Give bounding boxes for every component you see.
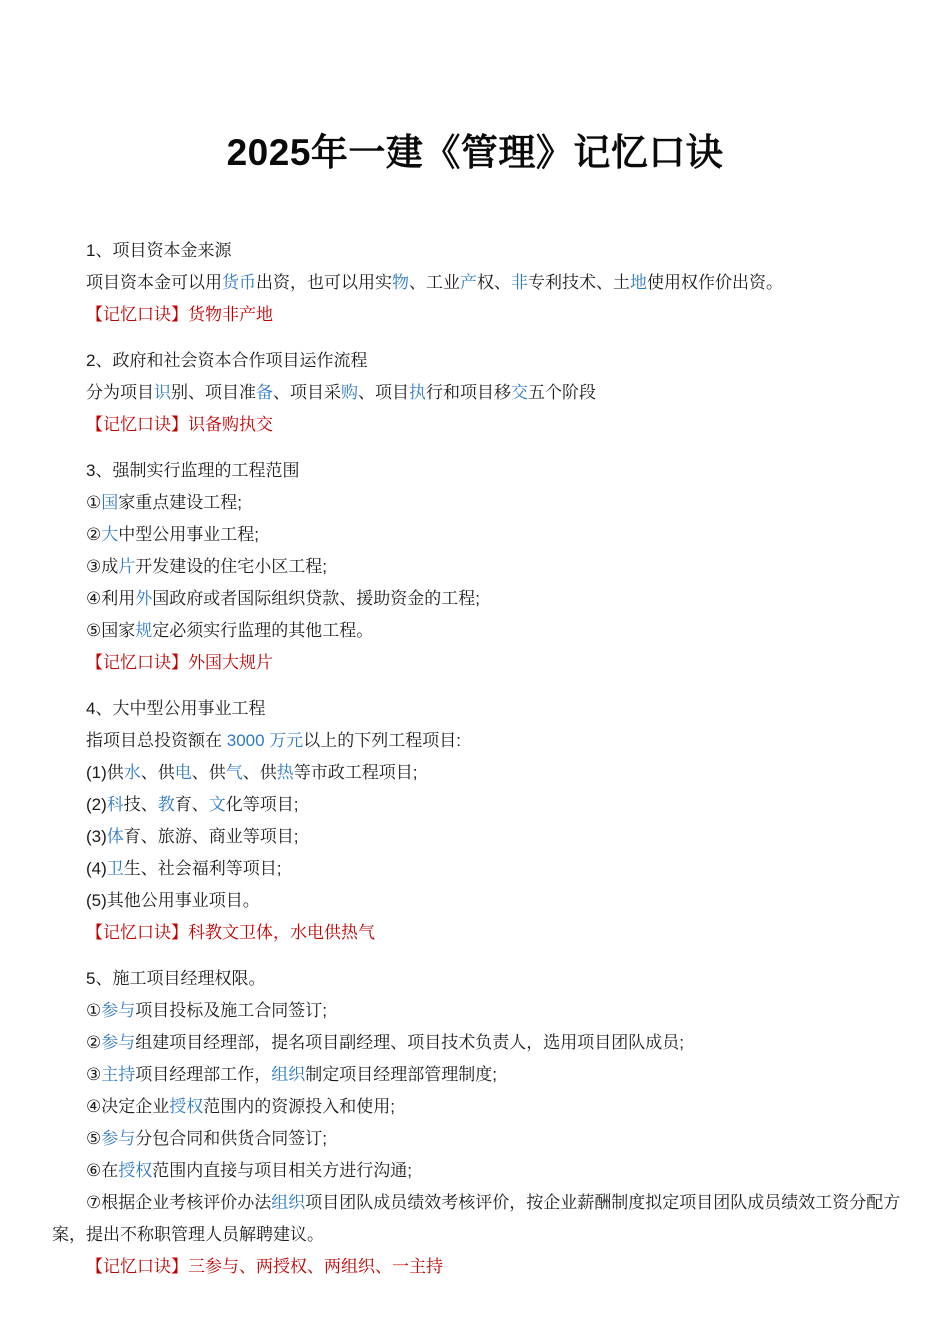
text-run: 生、社会福利等项目; <box>124 859 282 878</box>
text-run: 分为项目 <box>86 383 154 402</box>
highlight-run: 参与 <box>101 1033 135 1052</box>
body-paragraph: ④利用外国政府或者国际组织贷款、援助资金的工程; <box>52 583 907 615</box>
body-paragraph: 指项目总投资额在 3000 万元以上的下列工程项目: <box>52 725 907 757</box>
document-title: 2025年一建《管理》记忆口诀 <box>0 130 950 175</box>
text-run: 使用权作价出资。 <box>647 273 783 292</box>
highlight-run: 组织 <box>271 1193 305 1212</box>
body-paragraph: (3)体育、旅游、商业等项目; <box>52 821 907 853</box>
document-body: 1、项目资本金来源项目资本金可以用货币出资，也可以用实物、工业产权、非专利技术、… <box>52 235 907 1283</box>
text-run: 项目投标及施工合同签订; <box>135 1001 327 1020</box>
body-paragraph: 分为项目识别、项目准备、项目采购、项目执行和项目移交五个阶段 <box>52 377 907 409</box>
body-paragraph: 项目资本金可以用货币出资，也可以用实物、工业产权、非专利技术、土地使用权作价出资… <box>52 267 907 299</box>
highlight-run: 片 <box>118 557 135 576</box>
section: 5、施工项目经理权限。①参与项目投标及施工合同签订;②参与组建项目经理部，提名项… <box>52 963 907 1283</box>
text-run: 5、施工项目经理权限。 <box>86 969 265 988</box>
highlight-run: 3000 万元 <box>227 731 304 750</box>
highlight-run: 物 <box>392 273 409 292</box>
text-run: 定必须实行监理的其他工程。 <box>152 621 373 640</box>
section: 2、政府和社会资本合作项目运作流程分为项目识别、项目准备、项目采购、项目执行和项… <box>52 345 907 441</box>
highlight-run: 科 <box>107 795 124 814</box>
text-run: ③成 <box>86 557 118 576</box>
text-run: ⑦根据企业考核评价办法 <box>86 1193 271 1212</box>
highlight-run: 主持 <box>101 1065 135 1084</box>
highlight-run: 外 <box>135 589 152 608</box>
highlight-run: 参与 <box>101 1129 135 1148</box>
text-run: 家重点建设工程; <box>118 493 242 512</box>
text-run: ⑤国家 <box>86 621 135 640</box>
highlight-run: 备 <box>256 383 273 402</box>
text-run: (5)其他公用事业项目。 <box>86 891 260 910</box>
highlight-run: 国 <box>101 493 118 512</box>
text-run: ⑥在 <box>86 1161 118 1180</box>
text-run: 技、 <box>124 795 158 814</box>
section-heading: 3、强制实行监理的工程范围 <box>52 455 907 487</box>
document-page: 2025年一建《管理》记忆口诀 1、项目资本金来源项目资本金可以用货币出资，也可… <box>0 0 950 1344</box>
body-paragraph: ①参与项目投标及施工合同签订; <box>52 995 907 1027</box>
text-run: 【记忆口诀】货物非产地 <box>86 305 273 324</box>
text-run: 以上的下列工程项目: <box>303 731 461 750</box>
body-paragraph: ②参与组建项目经理部，提名项目副经理、项目技术负责人，选用项目团队成员; <box>52 1027 907 1059</box>
text-run: 、项目 <box>358 383 409 402</box>
highlight-run: 执 <box>409 383 426 402</box>
text-run: (1)供 <box>86 763 124 782</box>
highlight-run: 货币 <box>222 273 256 292</box>
text-run: (2) <box>86 795 107 814</box>
text-run: 别、项目准 <box>171 383 256 402</box>
mnemonic-line: 【记忆口诀】货物非产地 <box>52 299 907 331</box>
text-run: 育、旅游、商业等项目; <box>124 827 299 846</box>
text-run: 指项目总投资额在 <box>86 731 227 750</box>
text-run: 、供 <box>192 763 226 782</box>
highlight-run: 购 <box>341 383 358 402</box>
section: 3、强制实行监理的工程范围①国家重点建设工程;②大中型公用事业工程;③成片开发建… <box>52 455 907 679</box>
highlight-run: 地 <box>630 273 647 292</box>
text-run: ① <box>86 1001 101 1020</box>
text-run: 中型公用事业工程; <box>118 525 259 544</box>
text-run: 国政府或者国际组织贷款、援助资金的工程; <box>152 589 480 608</box>
highlight-run: 体 <box>107 827 124 846</box>
text-run: 化等项目; <box>226 795 299 814</box>
section-heading: 2、政府和社会资本合作项目运作流程 <box>52 345 907 377</box>
text-run: 3、强制实行监理的工程范围 <box>86 461 299 480</box>
body-paragraph: ⑥在授权范围内直接与项目相关方进行沟通; <box>52 1155 907 1187</box>
text-run: 、项目采 <box>273 383 341 402</box>
text-run: 育、 <box>175 795 209 814</box>
highlight-run: 产 <box>460 273 477 292</box>
text-run: 项目经理部工作， <box>135 1065 271 1084</box>
body-paragraph: (5)其他公用事业项目。 <box>52 885 907 917</box>
text-run: ③ <box>86 1065 101 1084</box>
section: 1、项目资本金来源项目资本金可以用货币出资，也可以用实物、工业产权、非专利技术、… <box>52 235 907 331</box>
body-paragraph: ⑦根据企业考核评价办法组织项目团队成员绩效考核评价，按企业薪酬制度拟定项目团队成… <box>52 1187 907 1251</box>
section-heading: 5、施工项目经理权限。 <box>52 963 907 995</box>
highlight-run: 规 <box>135 621 152 640</box>
text-run: ④决定企业 <box>86 1097 169 1116</box>
highlight-run: 参与 <box>101 1001 135 1020</box>
highlight-run: 电 <box>175 763 192 782</box>
highlight-run: 识 <box>154 383 171 402</box>
text-run: 出资，也可以用实 <box>256 273 392 292</box>
text-run: 【记忆口诀】三参与、两授权、两组织、一主持 <box>86 1257 443 1276</box>
highlight-run: 大 <box>101 525 118 544</box>
body-paragraph: ⑤参与分包合同和供货合同签订; <box>52 1123 907 1155</box>
body-paragraph: (4)卫生、社会福利等项目; <box>52 853 907 885</box>
section: 4、大中型公用事业工程指项目总投资额在 3000 万元以上的下列工程项目:(1)… <box>52 693 907 949</box>
body-paragraph: (1)供水、供电、供气、供热等市政工程项目; <box>52 757 907 789</box>
highlight-run: 交 <box>511 383 528 402</box>
text-run: (4) <box>86 859 107 878</box>
text-run: 【记忆口诀】外国大规片 <box>86 653 273 672</box>
text-run: 范围内的资源投入和使用; <box>203 1097 395 1116</box>
text-run: 2、政府和社会资本合作项目运作流程 <box>86 351 367 370</box>
text-run: 制定项目经理部管理制度; <box>305 1065 497 1084</box>
text-run: (3) <box>86 827 107 846</box>
text-run: 1、项目资本金来源 <box>86 241 231 260</box>
text-run: 、供 <box>243 763 277 782</box>
text-run: 组建项目经理部，提名项目副经理、项目技术负责人，选用项目团队成员; <box>135 1033 684 1052</box>
text-run: ① <box>86 493 101 512</box>
body-paragraph: ③主持项目经理部工作，组织制定项目经理部管理制度; <box>52 1059 907 1091</box>
text-run: 4、大中型公用事业工程 <box>86 699 265 718</box>
highlight-run: 水 <box>124 763 141 782</box>
highlight-run: 热 <box>277 763 294 782</box>
text-run: 、工业 <box>409 273 460 292</box>
body-paragraph: (2)科技、教育、文化等项目; <box>52 789 907 821</box>
body-paragraph: ④决定企业授权范围内的资源投入和使用; <box>52 1091 907 1123</box>
section-heading: 4、大中型公用事业工程 <box>52 693 907 725</box>
text-run: 专利技术、土 <box>528 273 630 292</box>
highlight-run: 气 <box>226 763 243 782</box>
mnemonic-line: 【记忆口诀】识备购执交 <box>52 409 907 441</box>
text-run: ④利用 <box>86 589 135 608</box>
body-paragraph: ①国家重点建设工程; <box>52 487 907 519</box>
mnemonic-line: 【记忆口诀】外国大规片 <box>52 647 907 679</box>
highlight-run: 组织 <box>271 1065 305 1084</box>
text-run: 开发建设的住宅小区工程; <box>135 557 327 576</box>
text-run: 项目资本金可以用 <box>86 273 222 292</box>
highlight-run: 授权 <box>118 1161 152 1180</box>
text-run: 、供 <box>141 763 175 782</box>
highlight-run: 教 <box>158 795 175 814</box>
text-run: 【记忆口诀】科教文卫体，水电供热气 <box>86 923 375 942</box>
mnemonic-line: 【记忆口诀】三参与、两授权、两组织、一主持 <box>52 1251 907 1283</box>
text-run: 等市政工程项目; <box>294 763 418 782</box>
highlight-run: 授权 <box>169 1097 203 1116</box>
highlight-run: 卫 <box>107 859 124 878</box>
text-run: 【记忆口诀】识备购执交 <box>86 415 273 434</box>
text-run: 五个阶段 <box>528 383 596 402</box>
body-paragraph: ③成片开发建设的住宅小区工程; <box>52 551 907 583</box>
text-run: ② <box>86 525 101 544</box>
text-run: 权、 <box>477 273 511 292</box>
text-run: 范围内直接与项目相关方进行沟通; <box>152 1161 412 1180</box>
text-run: ② <box>86 1033 101 1052</box>
highlight-run: 非 <box>511 273 528 292</box>
section-heading: 1、项目资本金来源 <box>52 235 907 267</box>
body-paragraph: ②大中型公用事业工程; <box>52 519 907 551</box>
text-run: 行和项目移 <box>426 383 511 402</box>
text-run: 分包合同和供货合同签订; <box>135 1129 327 1148</box>
text-run: ⑤ <box>86 1129 101 1148</box>
mnemonic-line: 【记忆口诀】科教文卫体，水电供热气 <box>52 917 907 949</box>
highlight-run: 文 <box>209 795 226 814</box>
body-paragraph: ⑤国家规定必须实行监理的其他工程。 <box>52 615 907 647</box>
